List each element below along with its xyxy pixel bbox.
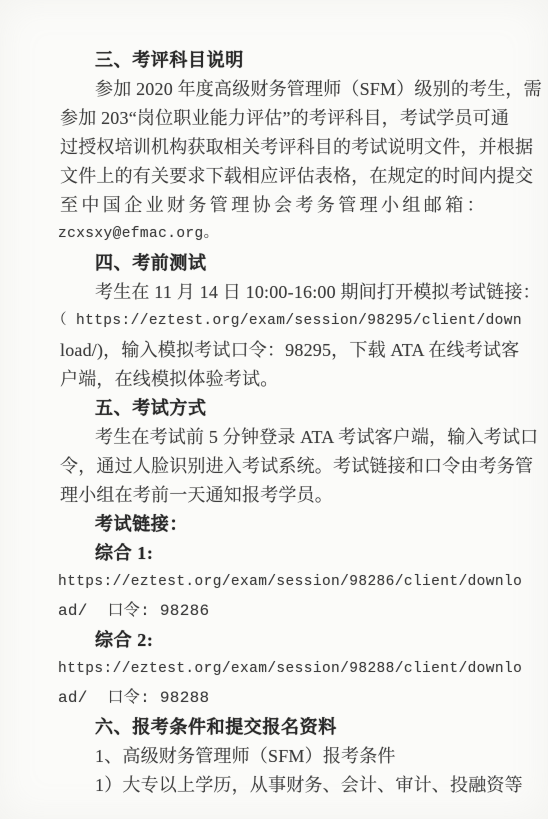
paragraph-line: 考生在考试前 5 分钟登录 ATA 考试客户端，输入考试口 [60, 423, 508, 452]
document-page: 三、考评科目说明参加 2020 年度高级财务管理师（SFM）级别的考生，需参加 … [0, 0, 548, 819]
paragraph-line: 1）大专以上学历，从事财务、会计、审计、投融资等 [60, 771, 508, 800]
paragraph-line: load/)，输入模拟考试口令：98295，下载 ATA 在线考试客 [60, 336, 508, 365]
email-line: zcxsxy@efmac.org。 [58, 220, 508, 249]
paragraph-line: 理小组在考前一天通知报考学员。 [60, 481, 508, 510]
section-heading: 考试链接： [60, 510, 508, 539]
section-heading: 四、考前测试 [60, 249, 508, 278]
paragraph-line: 参加 203“岗位职业能力评估”的考评科目，考试学员可通 [60, 104, 508, 133]
document-content: 三、考评科目说明参加 2020 年度高级财务管理师（SFM）级别的考生，需参加 … [0, 0, 548, 800]
url-line: https://eztest.org/exam/session/98288/cl… [58, 655, 508, 684]
paragraph-line: 文件上的有关要求下载相应评估表格，在规定的时间内提交 [60, 162, 508, 191]
paragraph-line: 至中国企业财务管理协会考务管理小组邮箱： [60, 191, 508, 220]
paragraph-line: 过授权培训机构获取相关考评科目的考试说明文件，并根据 [60, 133, 508, 162]
paragraph-line: 考生在 11 月 14 日 10:00-16:00 期间打开模拟考试链接： [60, 278, 508, 307]
paragraph-line: 令，通过人脸识别进入考试系统。考试链接和口令由考务管 [60, 452, 508, 481]
section-heading: 综合 2: [60, 626, 508, 655]
exam-password-line: ad/ 口令: 98288 [58, 684, 508, 713]
paragraph-line: 参加 2020 年度高级财务管理师（SFM）级别的考生，需 [60, 75, 508, 104]
section-heading: 五、考试方式 [60, 394, 508, 423]
section-heading: 综合 1: [60, 539, 508, 568]
paragraph-line: 户端，在线模拟体验考试。 [60, 365, 508, 394]
exam-password-line: ad/ 口令: 98286 [58, 597, 508, 626]
paragraph-line: 1、高级财务管理师（SFM）报考条件 [60, 742, 508, 771]
url-line: （ https://eztest.org/exam/session/98295/… [52, 307, 508, 336]
section-heading: 三、考评科目说明 [60, 46, 508, 75]
url-line: https://eztest.org/exam/session/98286/cl… [58, 568, 508, 597]
section-heading: 六、报考条件和提交报名资料 [60, 713, 508, 742]
